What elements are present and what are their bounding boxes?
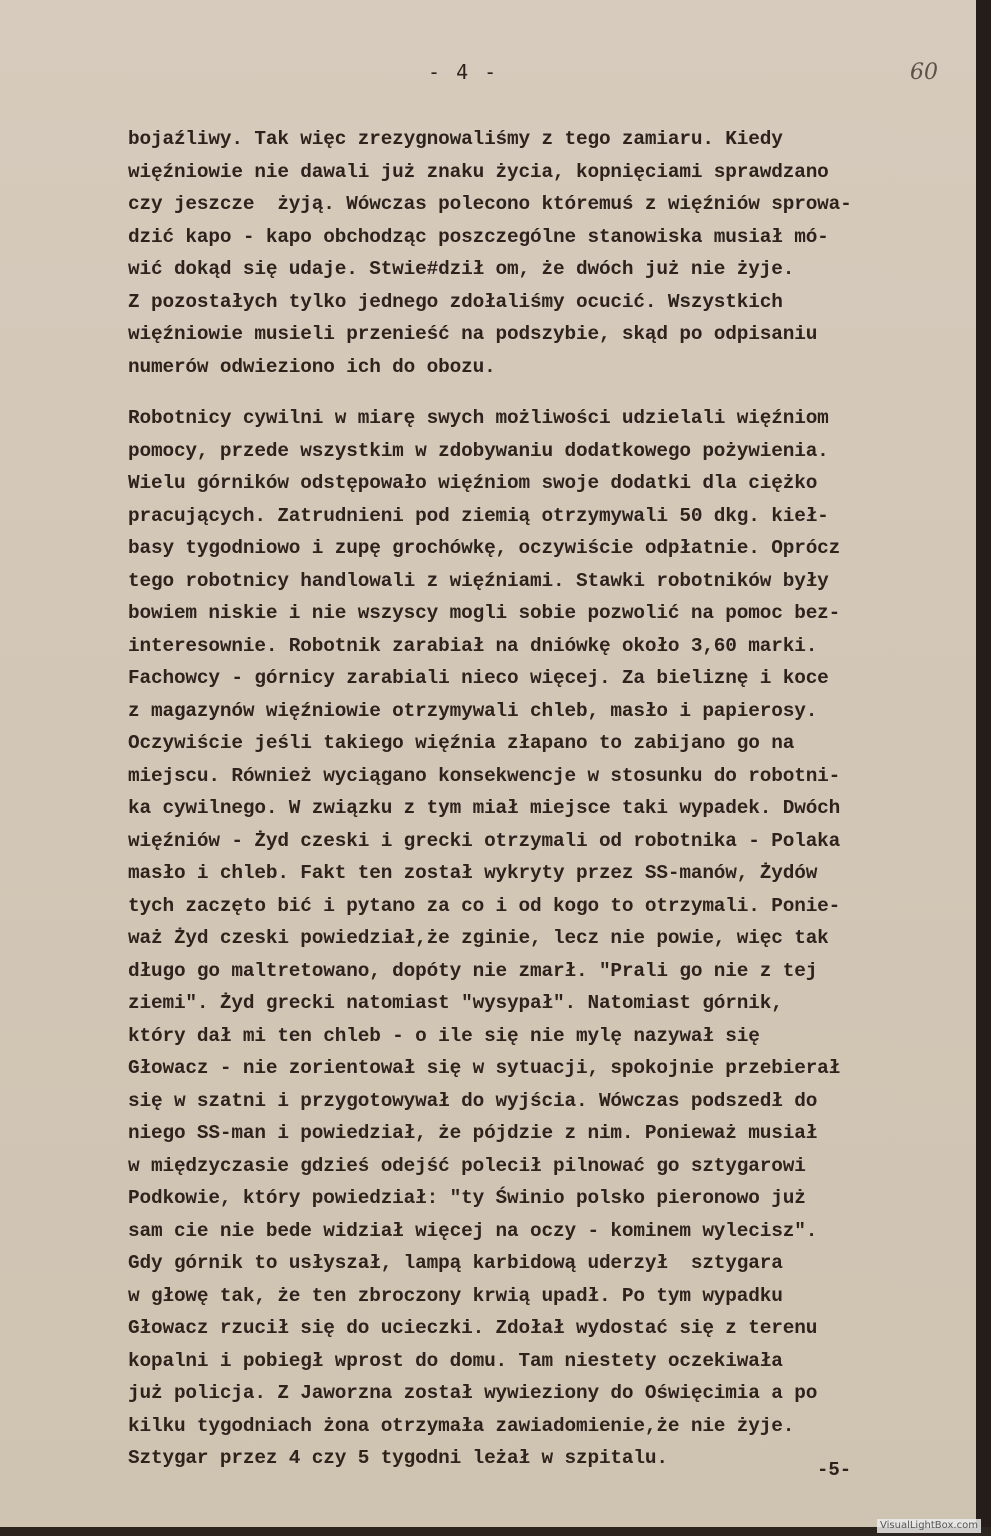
text-line: miejscu. Również wyciągano konsekwencje … [128, 760, 840, 793]
text-line: Robotnicy cywilni w miarę swych możliwoś… [128, 402, 840, 435]
text-line: sam cie nie bede widział więcej na oczy … [128, 1215, 840, 1248]
text-line: już policja. Z Jaworzna został wywiezion… [128, 1377, 840, 1410]
handwritten-archive-number: 60 [910, 60, 938, 85]
text-line: waż Żyd czeski powiedział,że zginie, lec… [128, 922, 840, 955]
text-line: więźniowie nie dawali już znaku życia, k… [128, 156, 852, 189]
text-line: masło i chleb. Fakt ten został wykryty p… [128, 857, 840, 890]
text-line: w głowę tak, że ten zbroczony krwią upad… [128, 1280, 840, 1313]
text-line: Podkowie, który powiedział: "ty Świnio p… [128, 1182, 840, 1215]
text-line: interesownie. Robotnik zarabiał na dniów… [128, 630, 840, 663]
text-line: ka cywilnego. W związku z tym miał miejs… [128, 792, 840, 825]
text-line: który dał mi ten chleb - o ile się nie m… [128, 1020, 840, 1053]
text-line: pomocy, przede wszystkim w zdobywaniu do… [128, 435, 840, 468]
text-line: bowiem niskie i nie wszyscy mogli sobie … [128, 597, 840, 630]
text-line: pracujących. Zatrudnieni pod ziemią otrz… [128, 500, 840, 533]
text-line: Gdy górnik to usłyszał, lampą karbidową … [128, 1247, 840, 1280]
paragraph-1: bojaźliwy. Tak więc zrezygnowaliśmy z te… [128, 123, 852, 383]
text-line: bojaźliwy. Tak więc zrezygnowaliśmy z te… [128, 123, 852, 156]
text-line: się w szatni i przygotowywał do wyjścia.… [128, 1085, 840, 1118]
text-line: Z pozostałych tylko jednego zdołaliśmy o… [128, 286, 852, 319]
scan-edge-bottom [0, 1527, 991, 1536]
text-line: basy tygodniowo i zupę grochówkę, oczywi… [128, 532, 840, 565]
scan-edge-right [976, 0, 991, 1536]
paragraph-2: Robotnicy cywilni w miarę swych możliwoś… [128, 402, 840, 1475]
text-line: z magazynów więźniowie otrzymywali chleb… [128, 695, 840, 728]
text-line: czy jeszcze żyją. Wówczas polecono które… [128, 188, 852, 221]
text-line: numerów odwieziono ich do obozu. [128, 351, 852, 384]
text-line: więźniów - Żyd czeski i grecki otrzymali… [128, 825, 840, 858]
text-line: tego robotnicy handlowali z więźniami. S… [128, 565, 840, 598]
text-line: niego SS-man i powiedział, że pójdzie z … [128, 1117, 840, 1150]
text-line: Oczywiście jeśli takiego więźnia złapano… [128, 727, 840, 760]
text-line: ziemi". Żyd grecki natomiast "wysypał". … [128, 987, 840, 1020]
text-line: w międzyczasie gdzieś odejść polecił pil… [128, 1150, 840, 1183]
document-page: - 4 - 60 bojaźliwy. Tak więc zrezygnowal… [0, 0, 976, 1527]
watermark: VisualLightBox.com [877, 1519, 981, 1533]
next-page-marker: -5- [817, 1459, 851, 1481]
text-line: Sztygar przez 4 czy 5 tygodni leżał w sz… [128, 1442, 840, 1475]
text-line: Głowacz - nie zorientował się w sytuacji… [128, 1052, 840, 1085]
text-line: Fachowcy - górnicy zarabiali nieco więce… [128, 662, 840, 695]
text-line: Wielu górników odstępowało więźniom swoj… [128, 467, 840, 500]
text-line: długo go maltretowano, dopóty nie zmarł.… [128, 955, 840, 988]
text-line: kilku tygodniach żona otrzymała zawiadom… [128, 1410, 840, 1443]
text-line: Głowacz rzucił się do ucieczki. Zdołał w… [128, 1312, 840, 1345]
text-line: więźniowie musieli przenieść na podszybi… [128, 318, 852, 351]
text-line: wić dokąd się udaje. Stwie#dził om, że d… [128, 253, 852, 286]
text-line: tych zaczęto bić i pytano za co i od kog… [128, 890, 840, 923]
page-number-header: - 4 - [428, 60, 498, 84]
text-line: dzić kapo - kapo obchodząc poszczególne … [128, 221, 852, 254]
text-line: kopalni i pobiegł wprost do domu. Tam ni… [128, 1345, 840, 1378]
